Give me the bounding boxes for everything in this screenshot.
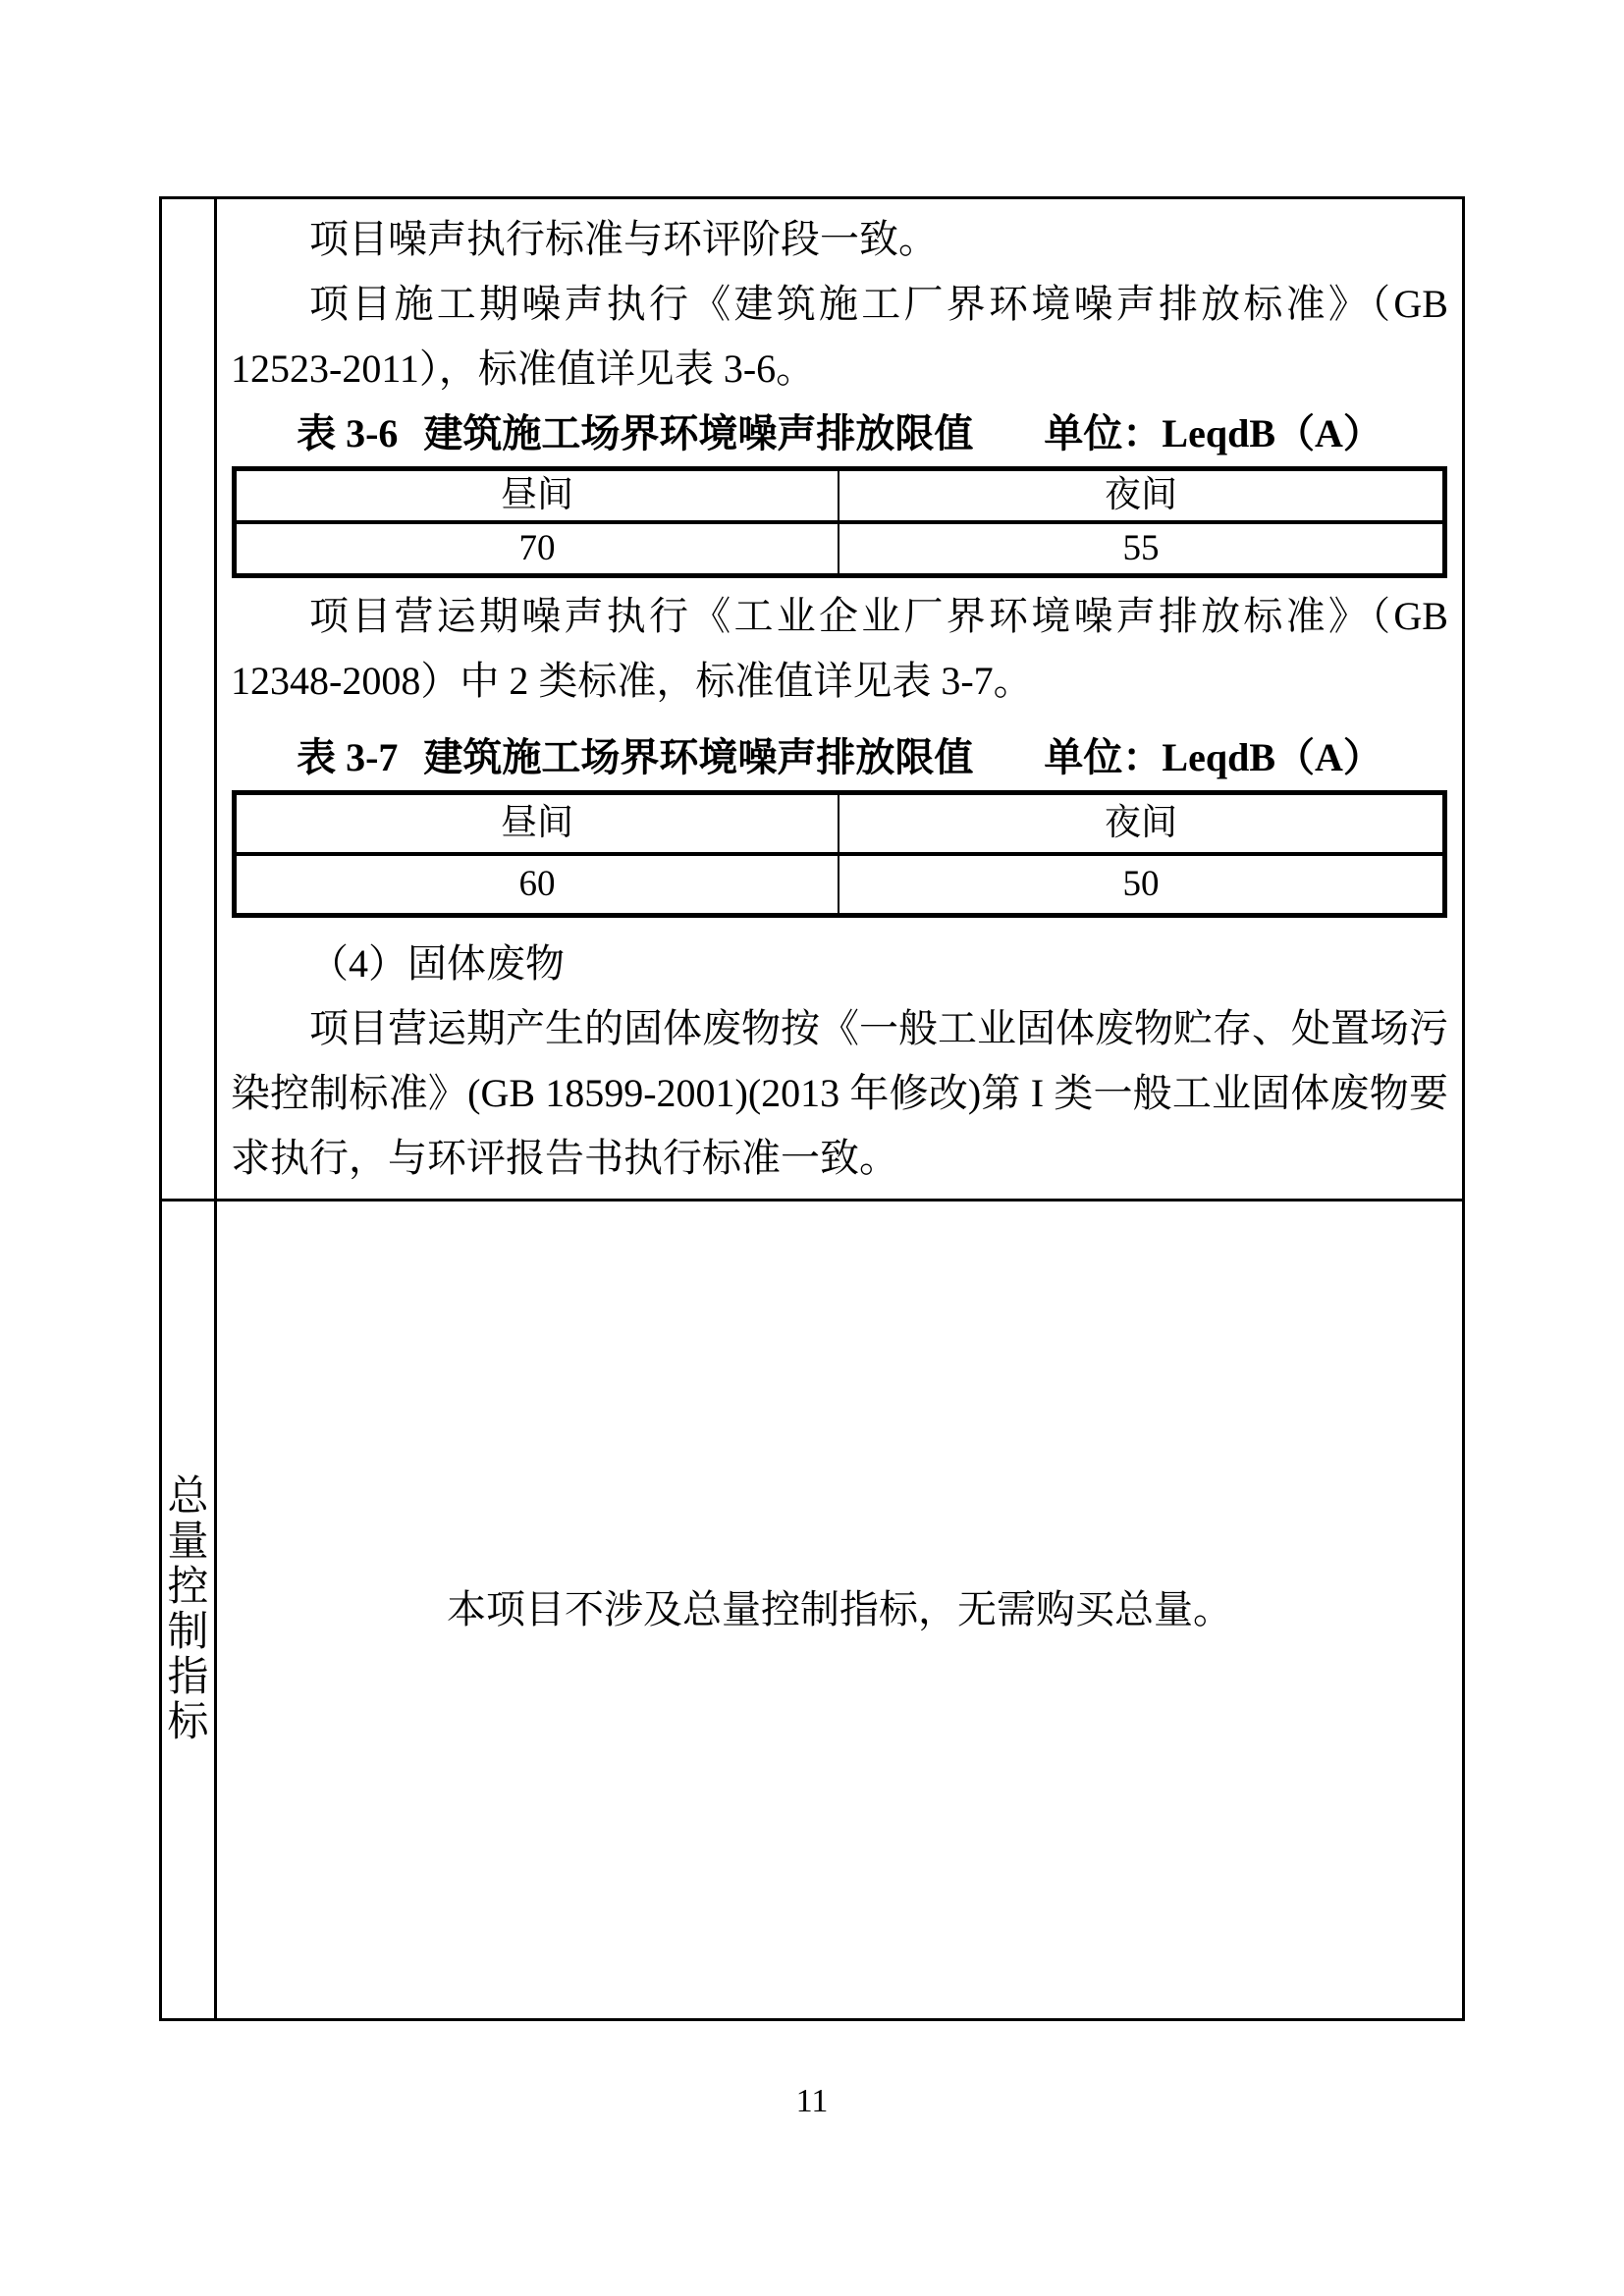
total-control-statement: 本项目不涉及总量控制指标，无需购买总量。 bbox=[447, 1577, 1232, 1642]
heading-solid-waste: （4）固体废物 bbox=[231, 932, 1448, 996]
table-3-6-caption-label: 表 3-6 bbox=[297, 411, 398, 455]
row-label-cell-total-control: 总量控制指标 bbox=[162, 1201, 217, 2018]
paragraph-solid-waste: 项目营运期产生的固体废物按《一般工业固体废物贮存、处置场污染控制标准》(GB 1… bbox=[231, 996, 1448, 1191]
table-3-7-value-nighttime: 50 bbox=[839, 856, 1442, 913]
paragraph-construction-noise: 项目施工期噪声执行《建筑施工厂界环境噪声排放标准》（GB 12523-2011）… bbox=[231, 272, 1448, 401]
table-3-7-value-daytime: 60 bbox=[237, 856, 839, 913]
paragraph-noise-consistency: 项目噪声执行标准与环评阶段一致。 bbox=[231, 207, 1448, 272]
table-row: 60 50 bbox=[237, 856, 1442, 913]
table-3-6-header-nighttime: 夜间 bbox=[839, 471, 1442, 520]
table-3-7-caption-label: 表 3-7 bbox=[297, 735, 398, 779]
table-row: 昼间 夜间 bbox=[237, 795, 1442, 856]
table-row: 昼间 夜间 bbox=[237, 471, 1442, 524]
table-3-6-caption-title: 建筑施工场界环境噪声排放限值 bbox=[423, 411, 973, 455]
noise-limit-table-3-6: 昼间 夜间 70 55 bbox=[232, 466, 1447, 578]
standards-content-cell: 项目噪声执行标准与环评阶段一致。 项目施工期噪声执行《建筑施工厂界环境噪声排放标… bbox=[217, 199, 1462, 1201]
table-3-7-header-nighttime: 夜间 bbox=[839, 795, 1442, 852]
page-number: 11 bbox=[0, 2083, 1624, 2120]
total-control-content: 本项目不涉及总量控制指标，无需购买总量。 bbox=[217, 1201, 1462, 2018]
table-3-7-caption: 表 3-7建筑施工场界环境噪声排放限值单位：LeqdB（A） bbox=[231, 725, 1448, 790]
total-control-content-cell: 本项目不涉及总量控制指标，无需购买总量。 bbox=[217, 1201, 1462, 2018]
table-3-7-caption-title: 建筑施工场界环境噪声排放限值 bbox=[423, 735, 973, 779]
table-row: 70 55 bbox=[237, 524, 1442, 573]
row-label-cell-empty bbox=[162, 199, 217, 1201]
table-3-6-caption-unit: 单位：LeqdB（A） bbox=[1044, 411, 1382, 455]
table-3-6-header-daytime: 昼间 bbox=[237, 471, 839, 520]
report-form-table: 项目噪声执行标准与环评阶段一致。 项目施工期噪声执行《建筑施工厂界环境噪声排放标… bbox=[159, 196, 1465, 2021]
table-3-6-caption: 表 3-6建筑施工场界环境噪声排放限值单位：LeqdB（A） bbox=[231, 401, 1448, 466]
table-3-7-caption-unit: 单位：LeqdB（A） bbox=[1044, 735, 1382, 779]
row-label-total-control: 总量控制指标 bbox=[167, 1474, 210, 1745]
table-3-7-header-daytime: 昼间 bbox=[237, 795, 839, 852]
standards-text-block: 项目噪声执行标准与环评阶段一致。 项目施工期噪声执行《建筑施工厂界环境噪声排放标… bbox=[217, 199, 1462, 1191]
table-3-6-value-nighttime: 55 bbox=[839, 524, 1442, 573]
document-page: 项目噪声执行标准与环评阶段一致。 项目施工期噪声执行《建筑施工厂界环境噪声排放标… bbox=[0, 0, 1624, 2296]
table-3-6-value-daytime: 70 bbox=[237, 524, 839, 573]
noise-limit-table-3-7: 昼间 夜间 60 50 bbox=[232, 790, 1447, 918]
paragraph-operation-noise: 项目营运期噪声执行《工业企业厂界环境噪声排放标准》（GB 12348-2008）… bbox=[231, 584, 1448, 714]
